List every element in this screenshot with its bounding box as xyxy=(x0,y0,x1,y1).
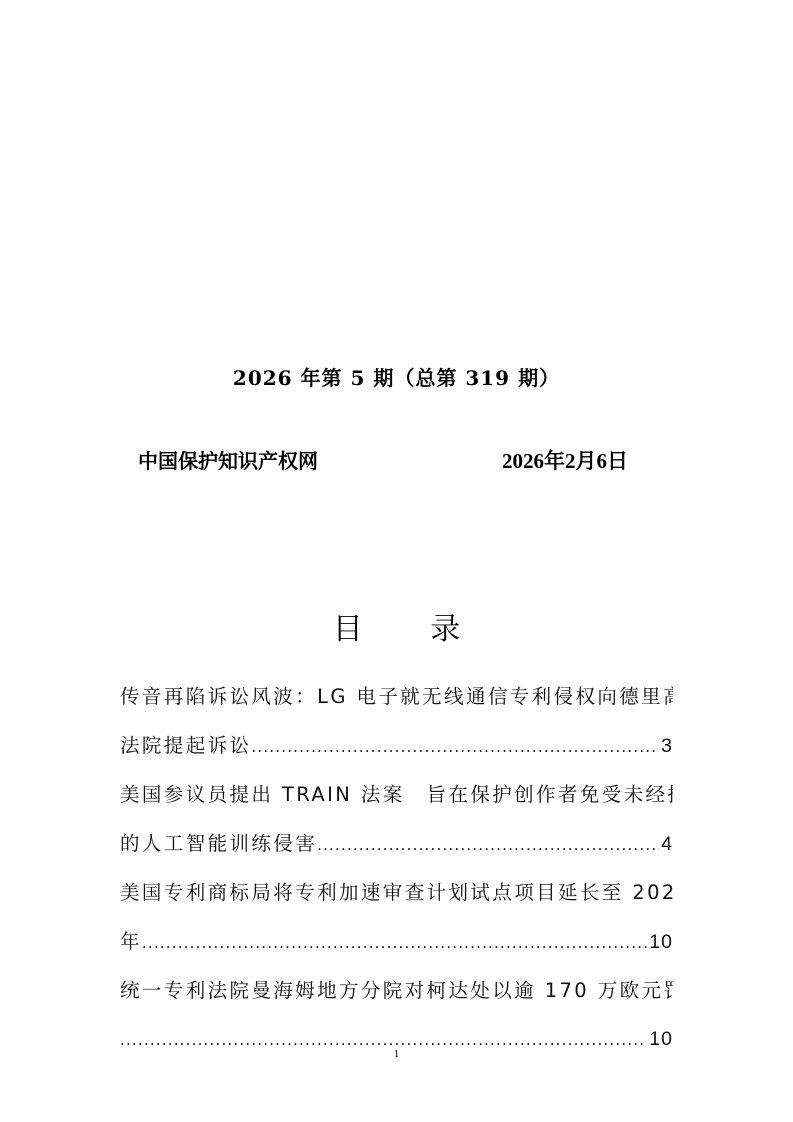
table-of-contents: 传音再陷诉讼风波：LG 电子就无线通信专利侵权向德里高等 法院提起诉讼 3 美国… xyxy=(120,672,673,1064)
toc-entry-title-cont: 法院提起诉讼 xyxy=(120,721,251,770)
dot-leader xyxy=(251,723,659,772)
toc-entry[interactable]: 传音再陷诉讼风波：LG 电子就无线通信专利侵权向德里高等 法院提起诉讼 3 xyxy=(120,672,673,770)
dot-leader xyxy=(142,919,647,968)
toc-title: 目 录 xyxy=(0,604,793,648)
page-number: 1 xyxy=(0,1048,793,1060)
toc-entry-title: 统一专利法院曼海姆地方分院对柯达处以逾 170 万欧元罚款 xyxy=(120,966,673,1015)
toc-page-number: 4 xyxy=(661,820,673,869)
toc-entry-title: 美国参议员提出 TRAIN 法案 旨在保护创作者免受未经授权 xyxy=(120,770,673,819)
issue-number: 2026 年第 5 期（总第 319 期） xyxy=(0,362,793,391)
publisher-name: 中国保护知识产权网 xyxy=(138,445,318,474)
toc-title-char: 目 xyxy=(333,612,363,647)
toc-entry-title: 传音再陷诉讼风波：LG 电子就无线通信专利侵权向德里高等 xyxy=(120,672,673,721)
publication-date: 2026年2月6日 xyxy=(502,445,628,475)
toc-page-number: 10 xyxy=(649,918,673,967)
toc-entry-title: 美国专利商标局将专利加速审查计划试点项目延长至 2029 xyxy=(120,868,673,917)
toc-entry[interactable]: 美国参议员提出 TRAIN 法案 旨在保护创作者免受未经授权 的人工智能训练侵害… xyxy=(120,770,673,868)
toc-title-char: 录 xyxy=(430,612,460,647)
toc-entry[interactable]: 美国专利商标局将专利加速审查计划试点项目延长至 2029 年 10 xyxy=(120,868,673,966)
toc-entry-title-cont: 年 xyxy=(120,917,142,966)
dot-leader xyxy=(317,821,659,870)
toc-entry-title-cont: 的人工智能训练侵害 xyxy=(120,819,317,868)
toc-page-number: 3 xyxy=(661,722,673,771)
